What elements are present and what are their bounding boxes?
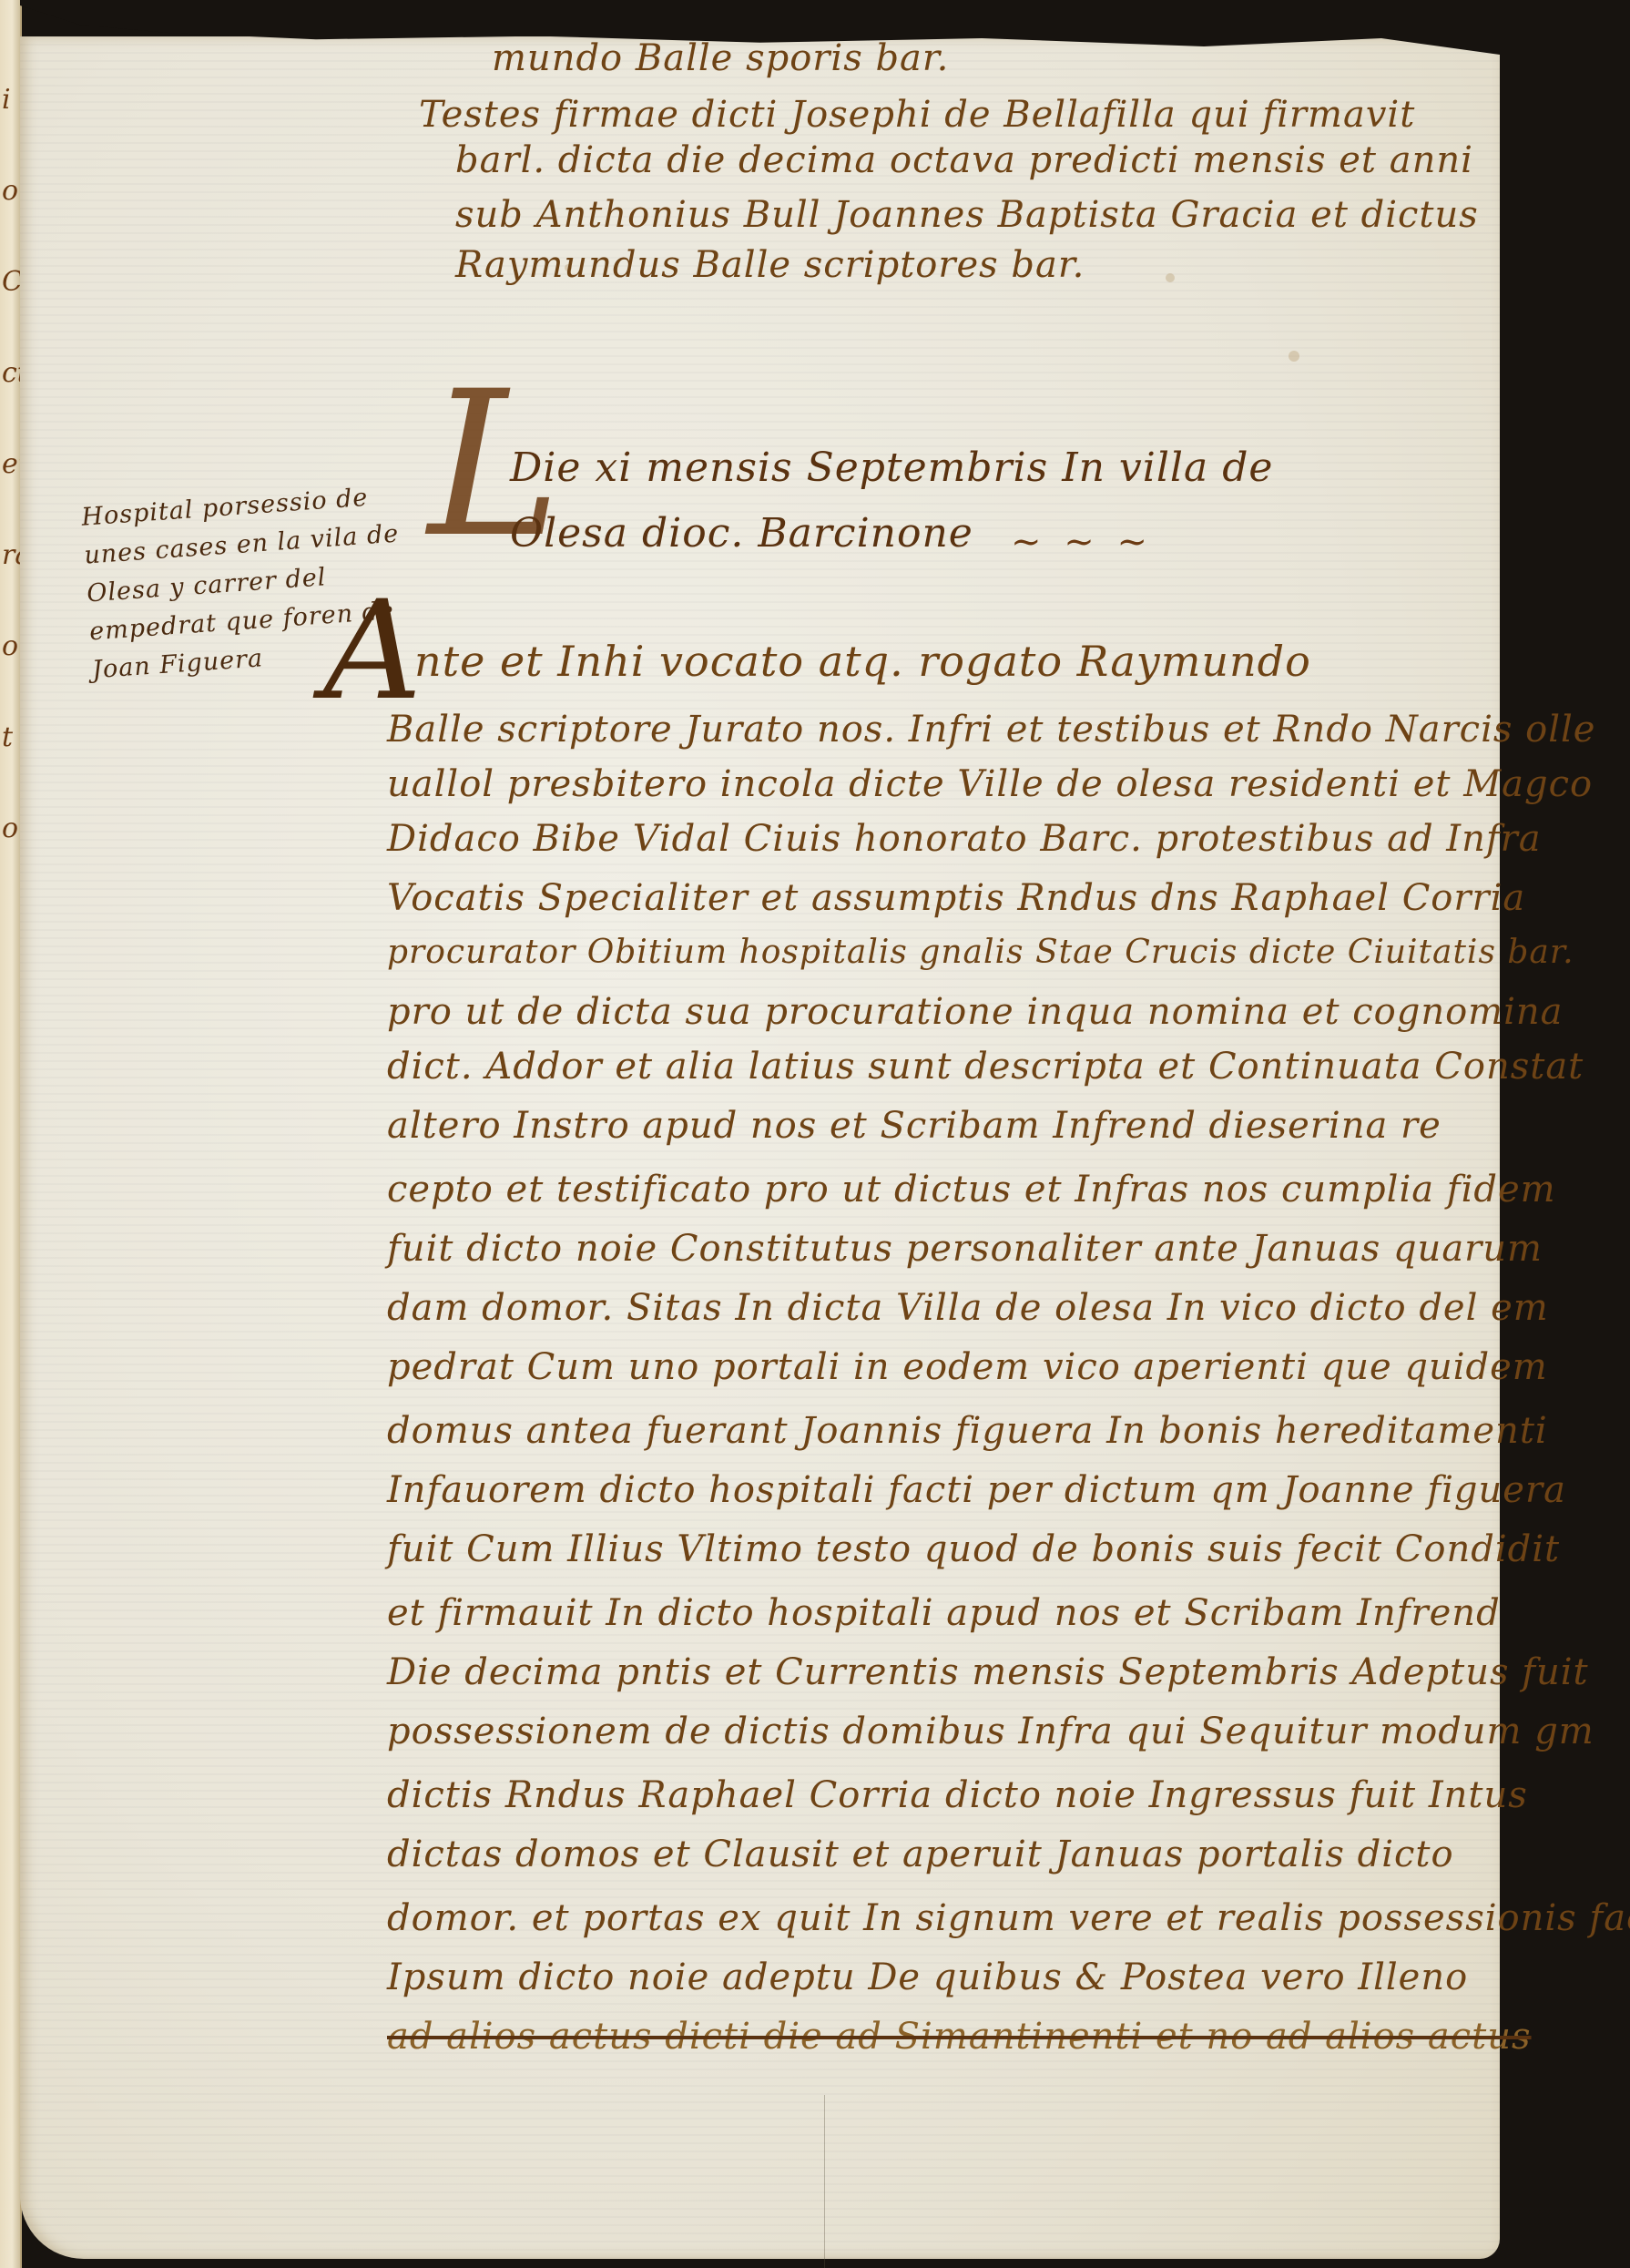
paper-fold-crease (824, 2095, 825, 2268)
header-line: barl. dicta die decima octava predicti m… (455, 137, 1473, 184)
body-line: cepto et testificato pro ut dictus et In… (387, 1166, 1556, 1213)
body-line: dictas domos et Clausit et aperuit Janua… (387, 1831, 1454, 1878)
body-line: domus antea fuerant Joannis figuera In b… (387, 1407, 1548, 1455)
flourish-ornament: ~ ~ ~ (1011, 521, 1153, 563)
body-line: nte et Inhi vocato atq. rogato Raymundo (414, 638, 1311, 685)
ink-stain (1166, 273, 1175, 282)
body-line: dam domor. Sitas In dicta Villa de olesa… (387, 1284, 1549, 1332)
body-line: fuit dicto noie Constitutus personaliter… (387, 1225, 1543, 1272)
entry-heading-line: Die xi mensis Septembris In villa de (510, 444, 1273, 491)
body-line: et firmauit In dicto hospitali apud nos … (387, 1589, 1501, 1637)
body-line: domor. et portas ex quit In signum vere … (387, 1895, 1630, 1942)
body-line: dict. Addor et alia latius sunt descript… (387, 1043, 1584, 1090)
header-line: Testes firmae dicti Josephi de Bellafill… (419, 91, 1415, 138)
entry-heading-line: Olesa dioc. Barcinone (510, 510, 973, 557)
header-line: sub Anthonius Bull Joannes Baptista Grac… (455, 191, 1479, 239)
adjacent-page-text: i o C ct eu ra o t o (0, 0, 20, 2268)
body-line: Balle scriptore Jurato nos. Infri et tes… (387, 706, 1595, 753)
body-line: dictis Rndus Raphael Corria dicto noie I… (387, 1772, 1528, 1819)
body-line: possessionem de dictis domibus Infra qui… (387, 1708, 1594, 1755)
header-line: mundo Balle sporis bar. (492, 35, 949, 82)
body-line-struck: ad alios actus dicti die ad Simantinenti… (387, 2013, 1532, 2060)
body-line: Didaco Bibe Vidal Ciuis honorato Barc. p… (387, 815, 1542, 863)
body-line: altero Instro apud nos et Scribam Infren… (387, 1102, 1442, 1149)
body-line: uallol presbitero incola dicte Ville de … (387, 761, 1593, 808)
header-line: Raymundus Balle scriptores bar. (455, 241, 1085, 289)
ink-stain (1289, 351, 1299, 362)
body-line: pro ut de dicta sua procuratione inqua n… (387, 988, 1564, 1036)
body-line: Die decima pntis et Currentis mensis Sep… (387, 1649, 1589, 1696)
body-line: procurator Obitium hospitalis gnalis Sta… (387, 929, 1574, 976)
body-line: Vocatis Specialiter et assumptis Rndus d… (387, 874, 1525, 922)
decorated-initial-A: A (323, 583, 422, 720)
body-line: fuit Cum Illius Vltimo testo quod de bon… (387, 1526, 1560, 1573)
body-line: pedrat Cum uno portali in eodem vico ape… (387, 1343, 1548, 1391)
body-line: Ipsum dicto noie adeptu De quibus & Post… (387, 1954, 1468, 2001)
body-line: Infauorem dicto hospitali facti per dict… (387, 1466, 1566, 1514)
